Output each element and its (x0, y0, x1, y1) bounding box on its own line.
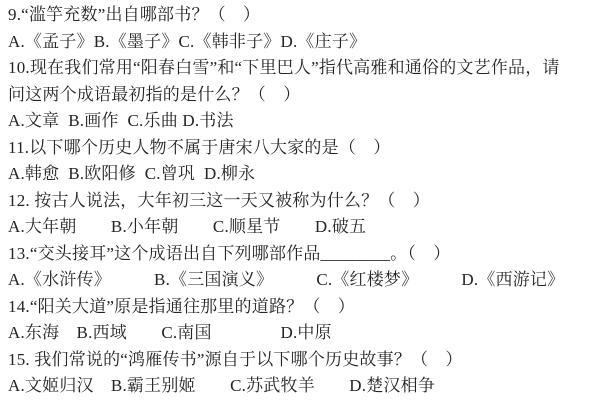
question-12-line: 12. 按古人说法，大年初三这一天又被称为什么？（ ） (8, 188, 594, 215)
question-15-line: 15. 我们常说的“鸿雁传书”源自于以下哪个历史故事？（ ） (8, 347, 594, 374)
question-14-line: 14.“阳关大道”原是指通往那里的道路？（ ） (8, 294, 594, 321)
question-10-line: 10.现在我们常用“阳春白雪”和“下里巴人”指代高雅和通俗的文艺作品，请 (8, 55, 594, 82)
question-9-options: A.《孟子》B.《墨子》C.《韩非子》D.《庄子》 (8, 29, 594, 56)
question-10-line-2: 问这两个成语最初指的是什么？（ ） (8, 82, 594, 109)
question-10-options: A.文章 B.画作 C.乐曲 D.书法 (8, 108, 594, 135)
question-11-line: 11.以下哪个历史人物不属于唐宋八大家的是（ ） (8, 135, 594, 162)
quiz-document: 9.“滥竽充数”出自哪部书？（ ） A.《孟子》B.《墨子》C.《韩非子》D.《… (0, 0, 600, 400)
question-13-options: A.《水浒传》 B.《三国演义》 C.《红楼梦》 D.《西游记》 (8, 267, 594, 294)
question-14-options: A.东海 B.西域 C.南国 D.中原 (8, 320, 594, 347)
question-15-options: A.文姬归汉 B.霸王别姬 C.苏武牧羊 D.楚汉相争 (8, 373, 594, 400)
question-12-options: A.大年朝 B.小年朝 C.顺星节 D.破五 (8, 214, 594, 241)
question-11-options: A.韩愈 B.欧阳修 C.曾巩 D.柳永 (8, 161, 594, 188)
question-9-line: 9.“滥竽充数”出自哪部书？（ ） (8, 2, 594, 29)
question-13-line: 13.“交头接耳”这个成语出自下列哪部作品________。（ ） (8, 241, 594, 268)
